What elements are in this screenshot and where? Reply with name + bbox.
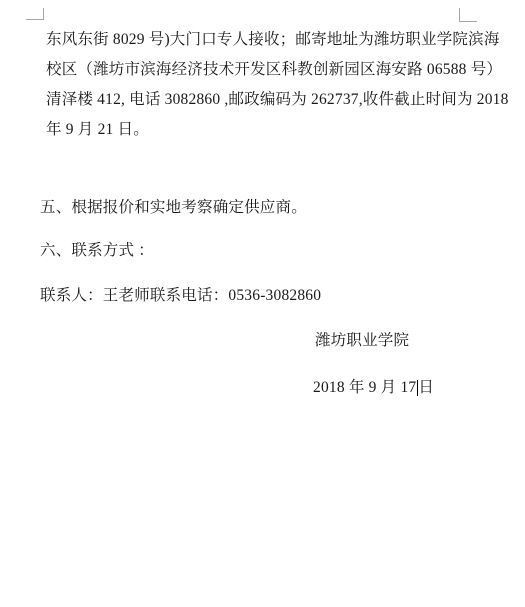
signature-organization[interactable]: 潍坊职业学院 [315, 333, 409, 350]
date-text-before-caret: 2018 年 9 月 17 [313, 379, 416, 396]
item-five-supplier-selection[interactable]: 五、根据报价和实地考察确定供应商。 [40, 200, 307, 217]
item-six-contact-heading[interactable]: 六、联系方式 ： [40, 243, 154, 260]
address-paragraph-line-4[interactable]: 年 9 月 21 日。 [46, 122, 149, 139]
date-text-after-caret: 日 [418, 379, 434, 396]
contact-person-line[interactable]: 联系人：王老师联系电话：0536-3082860 [40, 288, 321, 305]
address-paragraph-line-3[interactable]: 清泽楼 412, 电话 3082860 ,邮政编码为 262737,收件截止时间… [46, 92, 509, 109]
address-paragraph-line-2[interactable]: 校区（潍坊市滨海经济技术开发区科教创新园区海安路 06588 号） [46, 62, 502, 79]
document-page[interactable]: 东风东街 8029 号)大门口专人接收；邮寄地址为潍坊职业学院滨海 校区（潍坊市… [0, 0, 525, 607]
text-boundary-mark-top-right-vertical [459, 8, 460, 22]
address-paragraph-line-1[interactable]: 东风东街 8029 号)大门口专人接收；邮寄地址为潍坊职业学院滨海 [46, 32, 500, 49]
text-boundary-mark-top-left-horizontal [26, 19, 44, 20]
text-boundary-mark-top-right-horizontal [459, 21, 477, 22]
date-line[interactable]: 2018 年 9 月 17日 [313, 380, 434, 397]
